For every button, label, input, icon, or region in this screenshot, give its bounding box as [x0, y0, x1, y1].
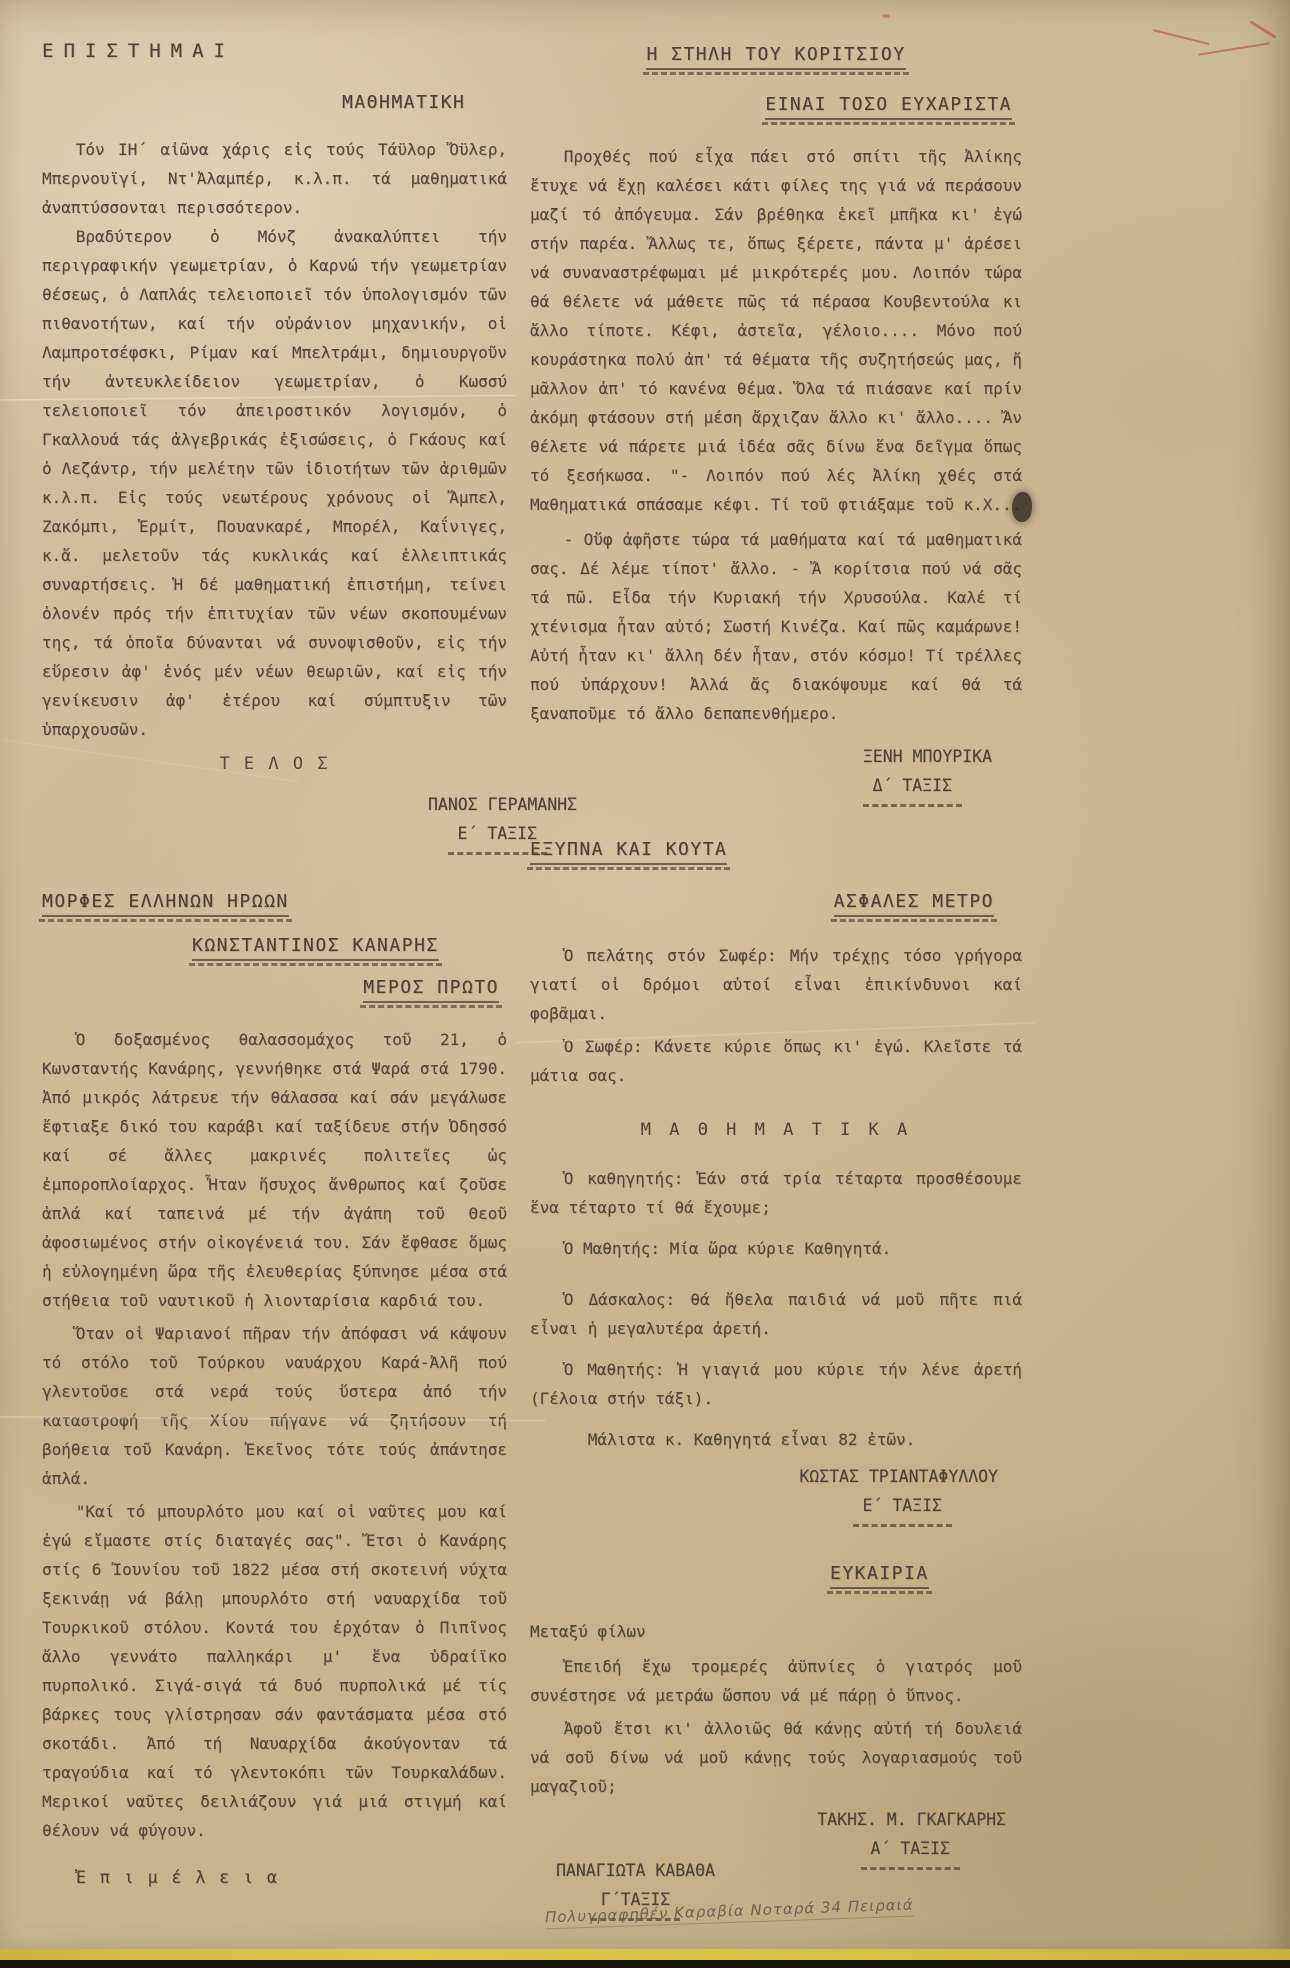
paragraph: Ὁ Μαθητής: Ἡ γιαγιά μου κύριε τήν λένε ἀ…	[530, 1355, 1022, 1413]
author-signature: ΞΕΝΗ ΜΠΟΥΡΙΚΑ	[530, 742, 992, 771]
author-signature: ΤΑΚΗΣ. Μ. ΓΚΑΓΚΑΡΗΣ	[530, 1805, 1006, 1834]
red-pencil-mark	[1153, 29, 1210, 45]
paragraph: Ὁ πελάτης στόν Σωφέρ: Μήν τρέχῃς τόσο γρ…	[530, 941, 1022, 1028]
paragraph: Ἐπειδή ἔχω τρομερές ἀϋπνίες ὁ γιατρός μο…	[530, 1652, 1022, 1710]
paragraph-lead: Μεταξύ φίλων	[530, 1617, 1022, 1646]
paragraph: Ὁ Δάσκαλος: θά ἤθελα παιδιά νά μοῦ πῆτε …	[530, 1285, 1022, 1343]
paragraph: Προχθές πού εἶχα πάει στό σπίτι τῆς Ἀλίκ…	[530, 142, 1022, 519]
bottom-edge-strip	[0, 1949, 1290, 1960]
section-heading-smart-and-silly: ΕΞΥΠΝΑ ΚΑΙ ΚΟΥΤΑ	[530, 839, 1022, 865]
red-pencil-mark	[1249, 20, 1276, 38]
paragraph: Βραδύτερον ὁ Μόνζ ἀνακαλύπτει τήν περιγρ…	[42, 222, 507, 744]
scanned-newspaper-page: ΕΠΙΣΤΗΜΑΙ ΜΑΘΗΜΑΤΙΚΗ Τόν ΙΗ΄ αἰῶνα χάρις…	[0, 0, 1290, 1968]
left-column: ΕΠΙΣΤΗΜΑΙ ΜΑΘΗΜΑΤΙΚΗ Τόν ΙΗ΄ αἰῶνα χάρις…	[42, 40, 507, 1892]
author-class-signature: Ε΄ ΤΑΞΙΣ	[42, 819, 547, 855]
author-signature: ΚΩΣΤΑΣ ΤΡΙΑΝΤΑΦΥΛΛΟΥ	[530, 1462, 998, 1491]
class-label: Ε΄ ΤΑΞΙΣ	[853, 1491, 952, 1527]
class-label: Α΄ ΤΑΞΙΣ	[861, 1834, 960, 1870]
column-title-girls-column: Η ΣΤΗΛΗ ΤΟΥ ΚΟΡΙΤΣΙΟΥ	[530, 44, 1022, 70]
author-class-signature: Δ΄ ΤΑΞΙΣ	[530, 771, 962, 807]
paragraph: Ὁ καθηγητής: Ἐάν στά τρία τέταρτα προσθέ…	[530, 1164, 1022, 1222]
paragraph: Ὁ Μαθητής: Μία ὥρα κύριε Καθηγητά.	[530, 1234, 1022, 1263]
class-label: Δ΄ ΤΑΞΙΣ	[863, 771, 962, 807]
author-class-signature: Ε΄ ΤΑΞΙΣ	[530, 1491, 952, 1527]
section-heading-sciences: ΕΠΙΣΤΗΜΑΙ	[42, 40, 507, 62]
paragraph: Ὅταν οἱ Ψαριανοί πῆραν τήν ἀπόφασι νά κά…	[42, 1319, 507, 1493]
paragraph: - Οὔφ ἀφῆστε τώρα τά μαθήματα καί τά μαθ…	[530, 525, 1022, 728]
paragraph: Ὁ δοξασμένος θαλασσομάχος τοῦ 21, ὁ Κωνσ…	[42, 1025, 507, 1315]
author-class-signature: Α΄ ΤΑΞΙΣ	[530, 1834, 960, 1870]
paragraph: Μάλιστα κ. Καθηγητά εἶναι 82 ἐτῶν.	[530, 1425, 1022, 1454]
author-signature: ΠΑΝΟΣ ΓΕΡΑΜΑΝΗΣ	[42, 790, 577, 819]
paragraph: Ὁ Σωφέρ: Κάνετε κύριε ὅπως κι' ἐγώ. Κλεῖ…	[530, 1032, 1022, 1090]
joke-title-mathematics: Μ Α Θ Η Μ Α Τ Ι Κ Α	[530, 1120, 1022, 1140]
section-heading-greek-heroes: ΜΟΡΦΕΣ ΕΛΛΗΝΩΝ ΗΡΩΩΝ	[42, 891, 507, 917]
paragraph: Τόν ΙΗ΄ αἰῶνα χάρις εἰς τούς Τάϋλορ Ὄϋλε…	[42, 135, 507, 222]
editor-label: Ἐ π ι μ έ λ ε ι α	[76, 1863, 507, 1892]
red-pencil-mark	[1198, 42, 1269, 55]
article-title-kanaris: ΚΩΝΣΤΑΝΤΙΝΟΣ ΚΑΝΑΡΗΣ	[192, 935, 507, 961]
article-title-so-pleasant: ΕΙΝΑΙ ΤΟΣΟ ΕΥΧΑΡΙΣΤΑ	[530, 94, 1012, 120]
joke-title-safe-measure: ΑΣΦΑΛΕΣ ΜΕΤΡΟ	[530, 891, 994, 917]
paragraph: Ἀφοῦ ἔτσι κι' ἀλλοιῶς θά κάνῃς αὐτή τή δ…	[530, 1714, 1022, 1801]
end-mark: Τ Ε Λ Ο Σ	[42, 754, 507, 774]
section-heading-opportunity: ΕΥΚΑΙΡΙΑ	[830, 1563, 1022, 1589]
red-pencil-dot	[882, 14, 890, 18]
article-part-label: ΜΕΡΟΣ ΠΡΩΤΟ	[42, 977, 499, 1003]
paragraph: "Καί τό μπουρλότο μου καί οἱ ναῦτες μου …	[42, 1497, 507, 1845]
right-column: Η ΣΤΗΛΗ ΤΟΥ ΚΟΡΙΤΣΙΟΥ ΕΙΝΑΙ ΤΟΣΟ ΕΥΧΑΡΙΣ…	[530, 30, 1022, 1870]
article-title-mathematics: ΜΑΘΗΜΑΤΙΚΗ	[342, 92, 507, 113]
scan-edge-shadow	[0, 1960, 1290, 1968]
